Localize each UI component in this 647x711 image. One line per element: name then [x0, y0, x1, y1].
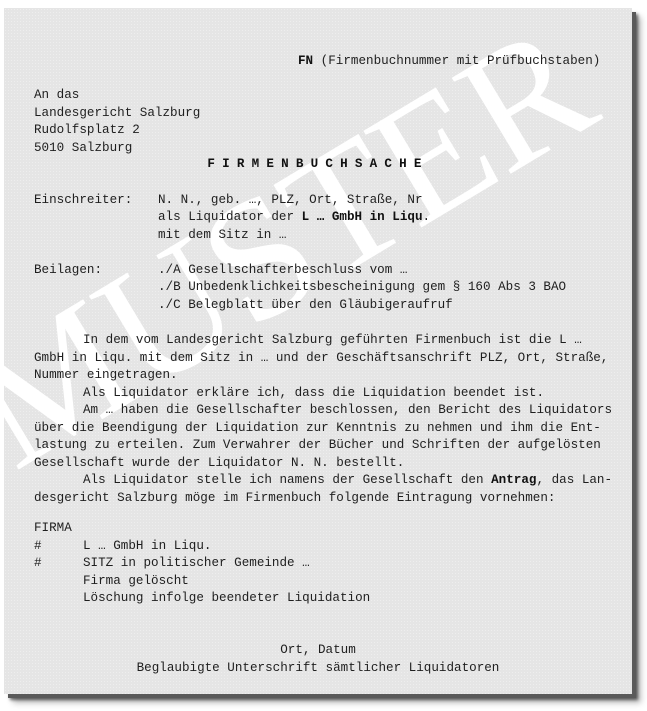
title-text: FIRMENBUCHSACHE: [207, 157, 428, 171]
entry-row-2-text: SITZ in politischer Gemeinde …: [83, 555, 310, 573]
paragraph-4-suffix: , das Lan-: [536, 473, 612, 487]
place-date: Ort, Datum: [4, 642, 632, 660]
signature-line: Beglaubigte Unterschrift sämtlicher Liqu…: [4, 660, 632, 678]
beilage-b: ./B Unbedenklichkeitsbescheinigung gem §…: [158, 279, 566, 297]
beilagen-label: Beilagen:: [34, 262, 102, 280]
entry-row-2-marker: #: [34, 555, 42, 573]
paragraph-3-line-4: Gesellschaft wurde der Liquidator N. N. …: [34, 455, 404, 473]
entry-row-1-text: L … GmbH in Liqu.: [83, 538, 211, 556]
beilage-c: ./C Belegblatt über den Gläubigeraufruf: [158, 297, 453, 315]
address-line-2: Landesgericht Salzburg: [34, 105, 200, 123]
address-line-4: 5010 Salzburg: [34, 140, 132, 158]
einschreiter-line-2-prefix: als Liquidator der: [158, 210, 302, 224]
paragraph-3-line-1: Am … haben die Gesellschafter beschlosse…: [83, 402, 612, 420]
paragraph-3-line-2: über die Beendigung der Liquidation zur …: [34, 420, 601, 438]
paragraph-4-line-2: desgericht Salzburg möge im Firmenbuch f…: [34, 490, 555, 508]
paragraph-1-line-1: In dem vom Landesgericht Salzburg geführ…: [83, 332, 582, 350]
fn-label: FN: [298, 54, 313, 68]
paragraph-4-prefix: Als Liquidator stelle ich namens der Ges…: [83, 473, 491, 487]
einschreiter-label: Einschreiter:: [34, 192, 132, 210]
address-line-1: An das: [34, 87, 79, 105]
document-page: MUSTER FN (Firmenbuchnummer mit Prüfbuch…: [4, 8, 632, 694]
paragraph-1-line-3: Nummer eingetragen.: [34, 367, 178, 385]
entry-row-4-text: Löschung infolge beendeter Liquidation: [83, 590, 370, 608]
einschreiter-line-2-suffix: .: [423, 210, 431, 224]
beilage-a: ./A Gesellschafterbeschluss vom …: [158, 262, 407, 280]
einschreiter-line-3: mit dem Sitz in …: [158, 227, 286, 245]
document-title: FIRMENBUCHSACHE: [4, 156, 632, 174]
company-name: L … GmbH in Liqu: [302, 210, 423, 224]
einschreiter-line-1: N. N., geb. …, PLZ, Ort, Straße, Nr: [158, 192, 423, 210]
antrag-keyword: Antrag: [491, 473, 536, 487]
paragraph-4-line-1: Als Liquidator stelle ich namens der Ges…: [83, 472, 612, 490]
entry-row-3-text: Firma gelöscht: [83, 573, 189, 591]
address-line-3: Rudolfsplatz 2: [34, 122, 140, 140]
paragraph-3-line-3: lastung zu erteilen. Zum Verwahrer der B…: [34, 437, 601, 455]
entry-row-1-marker: #: [34, 538, 42, 556]
entry-heading: FIRMA: [34, 520, 72, 538]
fn-header: FN (Firmenbuchnummer mit Prüfbuchstaben): [298, 53, 600, 71]
paragraph-1-line-2: GmbH in Liqu. mit dem Sitz in … und der …: [34, 350, 608, 368]
paragraph-2: Als Liquidator erkläre ich, dass die Liq…: [83, 385, 544, 403]
fn-description: (Firmenbuchnummer mit Prüfbuchstaben): [313, 54, 600, 68]
einschreiter-line-2: als Liquidator der L … GmbH in Liqu.: [158, 209, 430, 227]
